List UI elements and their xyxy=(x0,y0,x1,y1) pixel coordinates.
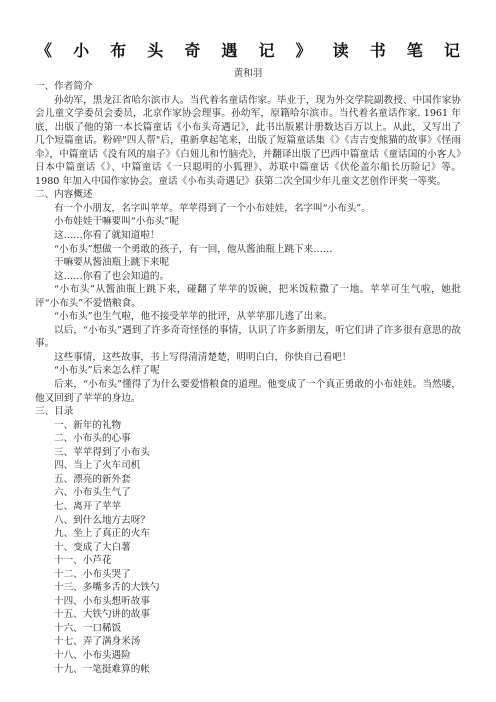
section-heading-contents: 三、目录 xyxy=(35,405,461,419)
document-title: 《 小 布 头 奇 遇 记 》 读 书 笔 记 xyxy=(36,38,460,61)
toc-item: 十七、弄了满身米汤 xyxy=(54,635,461,649)
title-char: 读 xyxy=(333,38,349,61)
title-char: 笔 xyxy=(407,38,423,61)
summary-paragraph: 有一个小朋友，名字叫苹苹。苹苹得到了一个小布娃娃，名字叫“小布头”。 xyxy=(35,202,461,216)
summary-paragraph: “小布头”想做一个勇敢的孩子，有一回，他从酱油瓶上跳下来…… xyxy=(35,243,461,257)
toc-item: 四、当上了火车司机 xyxy=(54,459,461,473)
intro-paragraph: 孙幼军，黑龙江省哈尔滨市人。当代着名童话作家。毕业于，现为外交学院副教授、中国作… xyxy=(35,94,461,189)
toc-item: 十九、一笔挺难算的帐 xyxy=(54,663,461,677)
title-char: 遇 xyxy=(221,38,237,61)
summary-paragraph: 后来，“小布头”懂得了为什么要爱惜粮食的道理。他变成了一个真正勇敢的小布娃娃。当… xyxy=(35,378,461,405)
toc-item: 十、变成了大白薯 xyxy=(54,541,461,555)
summary-paragraph: 以后，“小布头”遇到了许多奇奇怪怪的事情，认识了许多新朋友，听它们讲了许多很有意… xyxy=(35,324,461,351)
toc-item: 三、苹苹得到了小布头 xyxy=(54,446,461,460)
toc-item: 十三、多嘴多舌的大铁勺 xyxy=(54,581,461,595)
toc-item: 十八、小布头遇险 xyxy=(54,649,461,663)
title-char: 记 xyxy=(258,38,274,61)
author-name: 黄和羽 xyxy=(0,68,496,80)
toc-item: 九、坐上了真正的火车 xyxy=(54,527,461,541)
summary-paragraph: 这……你看了就知道啦！ xyxy=(35,229,461,243)
title-char: 奇 xyxy=(184,38,200,61)
toc-item: 二、小布头的心事 xyxy=(54,432,461,446)
summary-paragraph: 这……你看了也会知道的。 xyxy=(35,270,461,284)
title-char: 记 xyxy=(444,38,460,61)
summary-paragraph: “小布头”从酱油瓶上跳下来，碰翻了苹苹的饭碗，把米饭粒撒了一地。苹苹可生气啦，她… xyxy=(35,283,461,310)
section-heading-intro: 一、作者简介 xyxy=(35,80,461,94)
title-char: 》 xyxy=(296,38,312,61)
toc-item: 一、新年的礼物 xyxy=(54,419,461,433)
title-char: 《 xyxy=(36,38,52,61)
document-page: 《 小 布 头 奇 遇 记 》 读 书 笔 记 黄和羽 一、作者简介 孙幼军，黑… xyxy=(0,0,496,702)
toc-item: 十一、小芦花 xyxy=(54,554,461,568)
summary-paragraph: 小布娃娃干嘛要叫“小布头”呢 xyxy=(35,215,461,229)
title-char: 布 xyxy=(110,38,126,61)
toc-item: 五、漂亮的新外套 xyxy=(54,473,461,487)
summary-paragraph: “小布头”后来怎么样了呢 xyxy=(35,364,461,378)
toc-item: 十四、小布头想听故事 xyxy=(54,595,461,609)
title-char: 头 xyxy=(147,38,163,61)
document-body: 一、作者简介 孙幼军，黑龙江省哈尔滨市人。当代着名童话作家。毕业于，现为外交学院… xyxy=(35,80,461,676)
summary-paragraph: 干嘛要从酱油瓶上跳下来呢 xyxy=(35,256,461,270)
table-of-contents: 一、新年的礼物 二、小布头的心事 三、苹苹得到了小布头 四、当上了火车司机 五、… xyxy=(35,419,461,676)
toc-item: 十六、一口稀饭 xyxy=(54,622,461,636)
toc-item: 六、小布头生气了 xyxy=(54,486,461,500)
summary-paragraph: “小布头”也生气啦，他不接受苹苹的批评，从苹苹那儿逃了出来。 xyxy=(35,310,461,324)
section-heading-summary: 二、内容概述 xyxy=(35,188,461,202)
toc-item: 七、离开了苹苹 xyxy=(54,500,461,514)
toc-item: 八、到什么地方去呀？ xyxy=(54,514,461,528)
title-char: 书 xyxy=(370,38,386,61)
title-char: 小 xyxy=(73,38,89,61)
toc-item: 十五、大铁勺讲的故事 xyxy=(54,608,461,622)
toc-item: 十二、小布头哭了 xyxy=(54,568,461,582)
summary-paragraph: 这些事情，这些故事，书上写得清清楚楚，明明白白，你快自己看吧！ xyxy=(35,351,461,365)
